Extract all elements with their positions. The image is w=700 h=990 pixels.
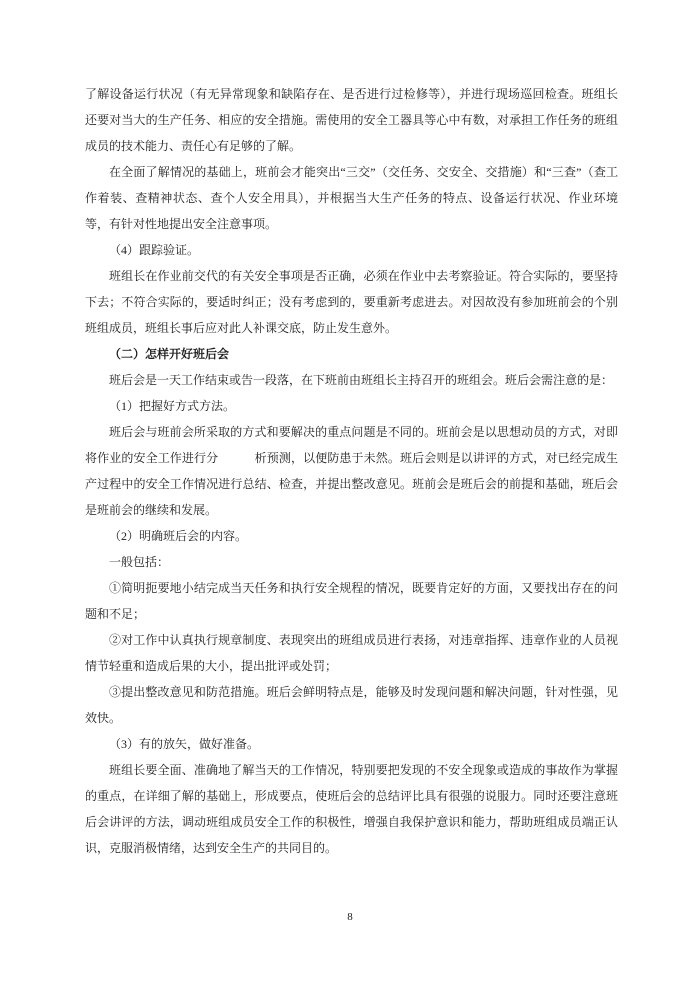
paragraph: 班后会与班前会所采取的方式和要解决的重点问题是不同的。班前会是以思想动员的方式，… (85, 419, 618, 523)
paragraph: ③提出整改意见和防范措施。班后会鲜明特点是，能够及时发现问题和解决问题，针对性强… (85, 679, 618, 731)
paragraph: 在全面了解情况的基础上，班前会才能突出“三交”（交任务、交安全、交措施）和“三查… (85, 159, 618, 237)
paragraph: （2）明确班后会的内容。 (85, 523, 618, 549)
page-number: 8 (0, 911, 700, 923)
paragraph: ②对工作中认真执行规章制度、表现突出的班组成员进行表扬，对违章指挥、违章作业的人… (85, 627, 618, 679)
paragraph: （3）有的放矢，做好准备。 (85, 731, 618, 757)
paragraph: 班组长要全面、准确地了解当天的工作情况，特别要把发现的不安全现象或造成的事故作为… (85, 757, 618, 861)
paragraph: ①简明扼要地小结完成当天任务和执行安全规程的情况，既要肯定好的方面，又要找出存在… (85, 575, 618, 627)
document-body: 了解设备运行状况（有无异常现象和缺陷存在、是否进行过检修等），并进行现场巡回检查… (85, 81, 618, 861)
paragraph: （4）跟踪验证。 (85, 237, 618, 263)
paragraph: 班后会是一天工作结束或告一段落，在下班前由班组长主持召开的班组会。班后会需注意的… (85, 367, 618, 393)
document-page: 了解设备运行状况（有无异常现象和缺陷存在、是否进行过检修等），并进行现场巡回检查… (0, 0, 700, 990)
paragraph: （1）把握好方式方法。 (85, 393, 618, 419)
section-heading: （二）怎样开好班后会 (85, 341, 618, 367)
paragraph: 了解设备运行状况（有无异常现象和缺陷存在、是否进行过检修等），并进行现场巡回检查… (85, 81, 618, 159)
paragraph: 一般包括： (85, 549, 618, 575)
paragraph: 班组长在作业前交代的有关安全事项是否正确，必须在作业中去考察验证。符合实际的，要… (85, 263, 618, 341)
